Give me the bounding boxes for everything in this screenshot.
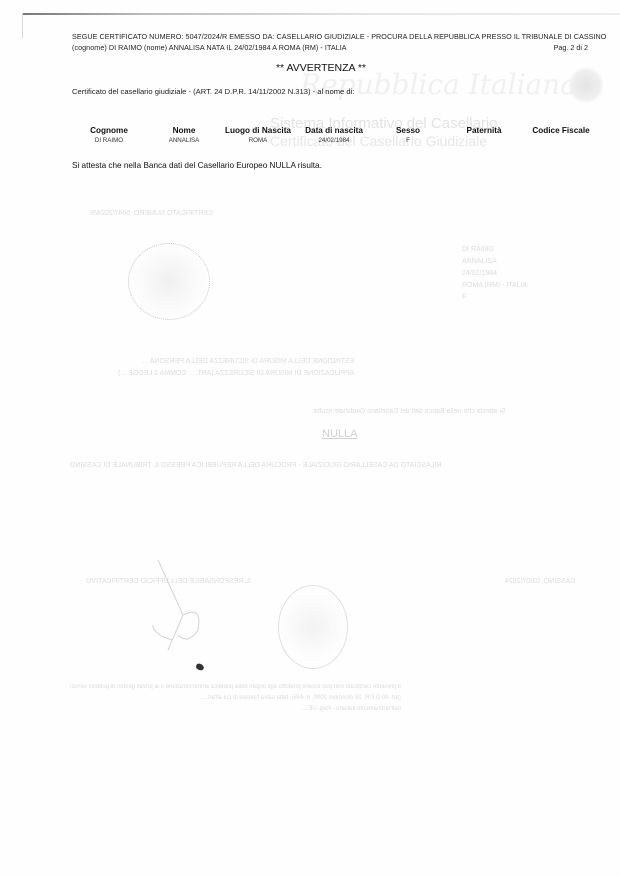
column-header: Data di nascita bbox=[305, 126, 363, 135]
header-person-line: (cognome) DI RAIMO (nome) ANNALISA NATA … bbox=[72, 43, 347, 52]
table-cell-luogo-nascita: ROMA bbox=[249, 137, 268, 144]
ghost-text: Si attesta che nella Banca dati del Case… bbox=[312, 408, 506, 415]
intro-text: Certificato del casellario giudiziale - … bbox=[72, 87, 354, 96]
ghost-nulla: NULLA bbox=[322, 428, 357, 440]
scan-edge bbox=[22, 13, 23, 38]
ghost-fields: DI RAIMOANNALISA24/02/1984ROMA (RM) - IT… bbox=[462, 244, 527, 304]
person-table: Cognome Nome Luogo di Nascita Data di na… bbox=[0, 126, 620, 150]
ghost-text: ESTINZIONE DELLA MISURA DI SICUREZZA DEL… bbox=[118, 356, 354, 380]
ghost-footnote: Il presente certificato non può essere p… bbox=[70, 682, 401, 715]
ghost-text: CERTIFICATO NUMERO: 5047/2024/R bbox=[90, 210, 213, 217]
ink-smudge bbox=[195, 663, 205, 671]
scan-edge bbox=[22, 13, 620, 15]
table-cell-nome: ANNALISA bbox=[169, 137, 200, 144]
ghost-text: RILASCIATO DA CASELLARIO GIUDIZIALE - PR… bbox=[70, 462, 442, 469]
signature-icon bbox=[148, 555, 218, 655]
table-cell-sesso: F bbox=[406, 137, 410, 144]
stamp-seal-icon bbox=[278, 585, 348, 669]
column-header: Sesso bbox=[396, 126, 420, 135]
table-cell-data-nascita: 24/02/1984 bbox=[319, 137, 350, 144]
column-header: Luogo di Nascita bbox=[225, 126, 291, 135]
column-header: Cognome bbox=[90, 126, 128, 135]
attestation-text: Si attesta che nella Banca dati del Case… bbox=[72, 161, 322, 170]
table-cell-cognome: DI RAIMO bbox=[95, 137, 123, 144]
header-certificate-line: SEGUE CERTIFICATO NUMERO: 5047/2024/R EM… bbox=[72, 32, 606, 41]
document-page: Repubblica Italiana Sistema Informativo … bbox=[0, 0, 620, 877]
warning-title: ** AVVERTENZA ** bbox=[0, 62, 620, 74]
column-header: Paternità bbox=[466, 126, 501, 135]
stamp-seal-icon bbox=[128, 243, 210, 320]
page-number: Pag. 2 di 2 bbox=[554, 43, 588, 52]
column-header: Codice Fiscale bbox=[532, 126, 589, 135]
ghost-text: CASSINO, 03/07/2024 bbox=[505, 578, 575, 585]
column-header: Nome bbox=[173, 126, 196, 135]
